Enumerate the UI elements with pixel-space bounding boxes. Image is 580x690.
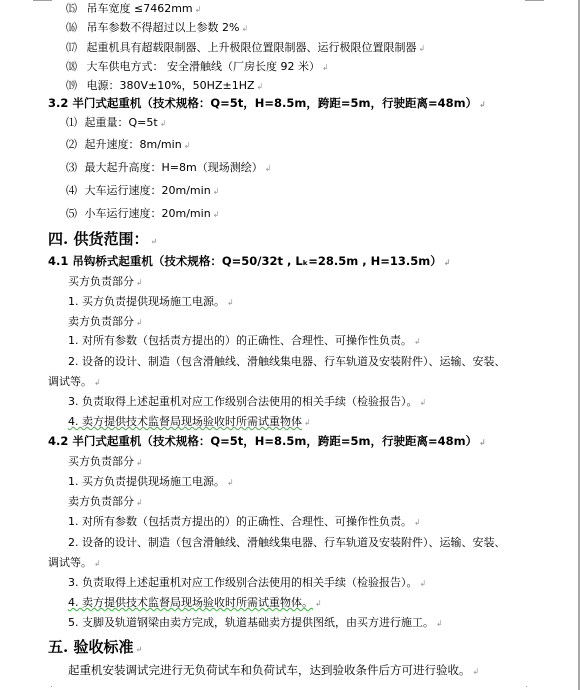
paragraph-mark-icon: ↲ — [94, 378, 101, 387]
item-text: 4. 卖方提供技术监督局现场验收时所需试重物体。 — [68, 596, 313, 609]
paragraph-mark-icon: ↲ — [257, 82, 264, 91]
seller-item: 1. 对所有参数（包括责方提出的）的正确性、合理性、可操作性负责。↲ — [68, 515, 421, 530]
paragraph-mark-icon: ↲ — [213, 187, 220, 196]
spec-item: ⒅ 大车供电方式： 安全滑触线（厂房长度 92 米）↲ — [66, 60, 329, 75]
item-text: 2. 设备的设计、制造（包含滑触线、滑触线集电器、行车轨道及安装附件）、运输、安… — [68, 536, 506, 549]
return-mark-icon: ↵ — [135, 644, 142, 654]
item-number: ⑸ — [66, 207, 77, 220]
item-text: 起升速度：8m/min — [85, 138, 182, 151]
margin-mark-top-right — [525, 0, 544, 1]
spec-item: ⒃ 吊车参数不得超过以上参数 2%↲ — [66, 21, 248, 36]
paragraph-mark-icon: ↲ — [195, 5, 202, 14]
seller-item-continued: 调试等。↲ — [48, 556, 101, 571]
return-mark-icon: ↵ — [150, 236, 157, 246]
spec-item: ⑸ 小车运行速度：20m/min↲ — [66, 207, 219, 222]
spec-item: ⒄ 起重机具有超载限制器、上升极限位置限制器、运行极限位置限制器↲ — [66, 41, 425, 56]
paragraph-mark-icon: ↲ — [136, 278, 143, 287]
spec-item: ⒆ 电源：380V±10%，50HZ±1HZ↲ — [66, 79, 263, 94]
item-text: 调试等。 — [48, 556, 92, 569]
item-number: ⒆ — [66, 79, 77, 92]
buyer-item: 1. 买方负责提供现场施工电源。↲ — [68, 475, 234, 490]
section-5-heading: 五. 验收标准↵ — [48, 638, 142, 658]
seller-label: 卖方负责部分↲ — [68, 495, 143, 510]
paragraph-mark-icon: ↲ — [304, 418, 311, 427]
item-text: 1. 买方负责提供现场施工电源。 — [68, 295, 225, 308]
paragraph-mark-icon: ↲ — [315, 599, 322, 608]
spec-item: ⒂ 吊车宽度 ≤7462mm↲ — [66, 2, 201, 17]
seller-label: 卖方负责部分↲ — [68, 315, 143, 330]
seller-item: 4. 卖方提供技术监督局现场验收时所需试重物体。↲ — [68, 596, 322, 611]
spec-item: ⑷ 大车运行速度：20m/min↲ — [66, 184, 219, 199]
item-number: ⑷ — [66, 184, 77, 197]
paragraph-mark-icon: ↲ — [94, 559, 101, 568]
heading-text: 五. 验收标准 — [48, 638, 133, 656]
paragraph-mark-icon: ↲ — [265, 164, 272, 173]
item-text: 吊车宽度 ≤7462mm — [87, 2, 193, 15]
paragraph-mark-icon: ↲ — [241, 24, 248, 33]
paragraph-mark-icon: ↲ — [420, 579, 427, 588]
paragraph-mark-icon: ↲ — [414, 337, 421, 346]
item-number: ⒄ — [66, 41, 77, 54]
paragraph-mark-icon: ↲ — [414, 518, 421, 527]
seller-item: 3. 负责取得上述起重机对应工作级别合法使用的相关手续（检验报告）。↲ — [68, 395, 426, 410]
seller-item: 3. 负责取得上述起重机对应工作级别合法使用的相关手续（检验报告）。↲ — [68, 576, 426, 591]
margin-mark-top-left — [33, 0, 52, 1]
item-text: 起重量：Q=5t — [85, 116, 158, 129]
section-4-2-heading: 4.2 半门式起重机（技术规格：Q=5t，H=8.5m，跨距=5m，行驶距离=4… — [48, 434, 486, 450]
paragraph-mark-icon: ↲ — [322, 63, 329, 72]
paragraph-mark-icon: ↲ — [160, 119, 167, 128]
section-4-1-heading: 4.1 吊钩桥式起重机（技术规格：Q=50/32t , Lₖ=28.5m , H… — [48, 254, 451, 270]
paragraph-mark-icon: ↲ — [213, 210, 220, 219]
seller-item: 2. 设备的设计、制造（包含滑触线、滑触线集电器、行车轨道及安装附件）、运输、安… — [68, 536, 506, 550]
paragraph-mark-icon: ↲ — [444, 258, 451, 267]
item-text: 大车供电方式： 安全滑触线（厂房长度 92 米） — [87, 60, 321, 73]
paragraph-mark-icon: ↲ — [479, 438, 486, 447]
seller-item: 2. 设备的设计、制造（包含滑触线、滑触线集电器、行车轨道及安装附件）、运输、安… — [68, 355, 506, 369]
paragraph-mark-icon: ↲ — [436, 619, 443, 628]
section-5-body: 起重机安装调试完进行无负荷试车和负荷试车，达到验收条件后方可进行验收。↲ — [68, 663, 479, 679]
label-text: 卖方负责部分 — [68, 495, 134, 508]
heading-text: 四. 供货范围： — [48, 230, 148, 248]
item-number: ⑵ — [66, 138, 77, 151]
heading-text: 4.2 半门式起重机（技术规格：Q=5t，H=8.5m，跨距=5m，行驶距离=4… — [48, 434, 477, 448]
item-text: 2. 设备的设计、制造（包含滑触线、滑触线集电器、行车轨道及安装附件）、运输、安… — [68, 355, 506, 368]
margin-mark-bottom-left — [51, 686, 52, 687]
label-text: 买方负责部分 — [68, 275, 134, 288]
item-text: 电源：380V±10%，50HZ±1HZ — [87, 79, 255, 92]
margin-mark-bottom-right — [526, 686, 527, 687]
item-text: 4. 卖方提供技术监督局现场验收时所需试重物体 — [68, 415, 302, 428]
item-number: ⑴ — [66, 116, 77, 129]
seller-item: 5. 支脚及轨道钢梁由卖方完成，轨道基础卖方提供图纸，由买方进行施工。↲ — [68, 616, 443, 631]
item-text: 3. 负责取得上述起重机对应工作级别合法使用的相关手续（检验报告）。 — [68, 395, 418, 408]
item-number: ⑶ — [66, 161, 77, 174]
paragraph-mark-icon: ↲ — [136, 318, 143, 327]
document-page: ⒂ 吊车宽度 ≤7462mm↲ ⒃ 吊车参数不得超过以上参数 2%↲ ⒄ 起重机… — [0, 0, 580, 690]
buyer-label: 买方负责部分↲ — [68, 455, 143, 470]
item-text: 大车运行速度：20m/min — [85, 184, 211, 197]
heading-text: 4.1 吊钩桥式起重机（技术规格：Q=50/32t , Lₖ=28.5m , H… — [48, 254, 442, 268]
paragraph-mark-icon: ↲ — [227, 478, 234, 487]
item-text: 5. 支脚及轨道钢梁由卖方完成，轨道基础卖方提供图纸，由买方进行施工。 — [68, 616, 434, 629]
seller-item: 4. 卖方提供技术监督局现场验收时所需试重物体↲ — [68, 415, 311, 430]
paragraph-mark-icon: ↲ — [473, 667, 480, 676]
item-number: ⒅ — [66, 60, 77, 73]
seller-item: 1. 对所有参数（包括责方提出的）的正确性、合理性、可操作性负责。↲ — [68, 334, 421, 349]
item-text: 吊车参数不得超过以上参数 2% — [87, 21, 240, 34]
buyer-item: 1. 买方负责提供现场施工电源。↲ — [68, 295, 234, 310]
label-text: 卖方负责部分 — [68, 315, 134, 328]
item-text: 3. 负责取得上述起重机对应工作级别合法使用的相关手续（检验报告）。 — [68, 576, 418, 589]
buyer-label: 买方负责部分↲ — [68, 275, 143, 290]
spec-item: ⑵ 起升速度：8m/min↲ — [66, 138, 190, 153]
seller-item-continued: 调试等。↲ — [48, 375, 101, 390]
section-3-2-heading: 3.2 半门式起重机（技术规格：Q=5t，H=8.5m，跨距=5m，行驶距离=4… — [48, 96, 486, 112]
paragraph-mark-icon: ↲ — [184, 141, 191, 150]
spec-item: ⑶ 最大起升高度：H=8m（现场测绘）↲ — [66, 161, 271, 176]
paragraph-mark-icon: ↲ — [419, 44, 426, 53]
paragraph-mark-icon: ↲ — [227, 298, 234, 307]
paragraph-mark-icon: ↲ — [136, 458, 143, 467]
item-number: ⒃ — [66, 21, 77, 34]
paragraph-mark-icon: ↲ — [479, 100, 486, 109]
item-number: ⒂ — [66, 2, 77, 15]
paragraph-mark-icon: ↲ — [136, 498, 143, 507]
item-text: 1. 对所有参数（包括责方提出的）的正确性、合理性、可操作性负责。 — [68, 515, 412, 528]
spec-item: ⑴ 起重量：Q=5t↲ — [66, 116, 166, 131]
item-text: 调试等。 — [48, 375, 92, 388]
section-4-heading: 四. 供货范围：↵ — [48, 230, 157, 250]
paragraph-mark-icon: ↲ — [420, 398, 427, 407]
item-text: 1. 对所有参数（包括责方提出的）的正确性、合理性、可操作性负责。 — [68, 334, 412, 347]
item-text: 最大起升高度：H=8m（现场测绘） — [85, 161, 263, 174]
label-text: 买方负责部分 — [68, 455, 134, 468]
body-text: 起重机安装调试完进行无负荷试车和负荷试车，达到验收条件后方可进行验收。 — [68, 663, 471, 677]
item-text: 1. 买方负责提供现场施工电源。 — [68, 475, 225, 488]
item-text: 小车运行速度：20m/min — [85, 207, 211, 220]
heading-text: 3.2 半门式起重机（技术规格：Q=5t，H=8.5m，跨距=5m，行驶距离=4… — [48, 96, 477, 110]
item-text: 起重机具有超载限制器、上升极限位置限制器、运行极限位置限制器 — [87, 41, 417, 54]
